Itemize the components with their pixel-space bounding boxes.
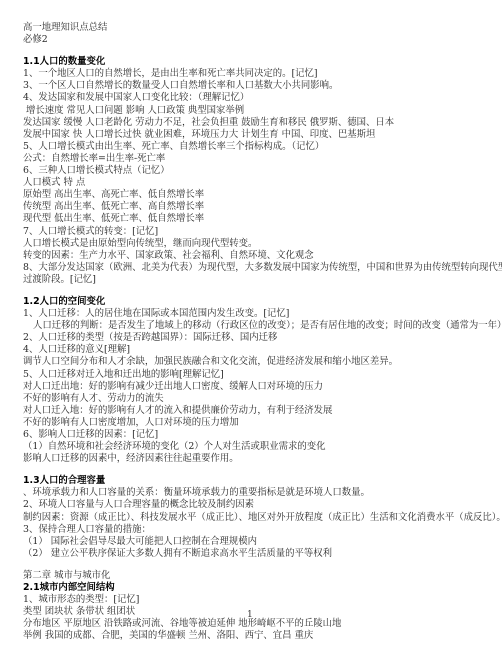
section-heading: 1.1人口的数量变化 [23, 56, 493, 68]
text-line: 、环境承载力和人口容量的关系：衡量环境承载力的重要指标是就是环境人口数量。 [23, 487, 493, 499]
text-line: 现代型 低出生率、低死亡率、低自然增长率 [23, 213, 493, 225]
text-line: 人口增长模式是由原始型向传统型，继而向现代型转变。 [23, 238, 493, 250]
page-number: 1 [247, 610, 253, 620]
text-line: 1、一个地区人口的自然增长，是由出生率和死亡率共同决定的。[记忆] [23, 68, 493, 80]
doc-title: 高一地理知识点总结 [23, 22, 493, 34]
text-line: 人口迁移的判断：是否发生了地域上的移动（行政区位的改变）；是否有居住地的改变；时… [23, 320, 493, 332]
text-line: 3、保持合理人口容量的措施： [23, 524, 493, 536]
doc-subtitle: 必修2 [23, 34, 493, 46]
text-line: 2、环境人口容量与人口合理容量的概念比较及制约因素 [23, 499, 493, 511]
section-heading: 2.1城市内部空间结构 [23, 582, 493, 594]
text-line: 原始型 高出生率、高死亡率、低自然增长率 [23, 189, 493, 201]
text-line: 5、人口增长模式由出生率、死亡率、自然增长率三个指标构成。（记忆） [23, 141, 493, 153]
text-line: 不好的影响有人口密度增加，人口对环境的压力增加 [23, 417, 493, 429]
text-line: 1、城市形态的类型：[记忆] [23, 594, 493, 606]
text-line: 制约因素：资源（成正比）、科技发展水平（成正比）、地区对外开放程度（成正比）生活… [23, 512, 493, 524]
text-line: 举例 我国的成都、合肥，美国的华盛顿 兰州、洛阳、西宁、宜昌 重庆 [23, 630, 493, 642]
text-line: 7、人口增长模式的转变：[记忆] [23, 226, 493, 238]
text-line: 影响人口迁移的因素中，经济因素往往起重要作用。 [23, 453, 493, 465]
text-line: 1、人口迁移：人的居住地在国际或本国范围内发生改变。[记忆] [23, 308, 493, 320]
text-line: 6、影响人口迁移的因素：[记忆] [23, 429, 493, 441]
text-line: 发展中国家 快 人口增长过快 就业困难，环境压力大 计划生育 中国、印度、巴基斯… [23, 129, 493, 141]
text-line: 4、人口迁移的意义[理解] [23, 344, 493, 356]
text-line: 对人口迁出地：好的影响有减少迁出地人口密度、缓解人口对环境的压力 [23, 381, 493, 393]
text-line: 不好的影响有人才、劳动力的流失 [23, 393, 493, 405]
text-line: （2） 建立公平秩序保证大多数人拥有不断追求高水平生活质量的平等权利 [23, 548, 493, 560]
text-line: 调节人口空间分布和人才余缺，加强民族融合和文化交流，促进经济发展和缩小地区差异。 [23, 356, 493, 368]
text-line: （1） 国际社会倡导尽最大可能把人口控制在合理规模内 [23, 536, 493, 548]
text-line: 传统型 高出生率、低死亡率、高自然增长率 [23, 201, 493, 213]
section-heading: 1.2人口的空间变化 [23, 296, 493, 308]
chapter-title: 第二章 城市与城市化 [23, 570, 493, 582]
text-line: 对人口迁入地：好的影响有人才的流入和提供廉价劳动力，有利于经济发展 [23, 405, 493, 417]
text-line: 2、人口迁移的类型（按是否跨越国界）：国际迁移、国内迁移 [23, 332, 493, 344]
table-header-line: 人口模式 特 点 [23, 177, 493, 189]
text-line: 8、大部分发达国家（欧洲、北美为代表）为现代型，大多数发展中国家为传统型，中国和… [23, 262, 493, 274]
text-line: （1）自然环境和社会经济环境的变化（2）个人对生活或职业需求的变化 [23, 441, 493, 453]
formula-line: 公式：自然增长率=出生率-死亡率 [23, 153, 493, 165]
text-line: 6、三种人口增长模式特点（记忆） [23, 165, 493, 177]
document-page: 高一地理知识点总结 必修2 1.1人口的数量变化 1、一个地区人口的自然增长，是… [23, 22, 493, 643]
text-line: 4、发达国家和发展中国家人口变化比较：（理解记忆） [23, 92, 493, 104]
text-line: 发达国家 缓慢 人口老龄化 劳动力不足，社会负担重 鼓励生育和移民 俄罗斯、德国… [23, 117, 493, 129]
text-line: 5、人口迁移对迁入地和迁出地的影响[理解记忆] [23, 369, 493, 381]
text-line: 分布地区 平原地区 沿铁路或河流、谷地等被迫延伸 地形崎岖不平的丘陵山地 [23, 618, 493, 630]
text-line: 类型 团块状 条带状 组团状 [23, 606, 493, 618]
text-line: 转变的因素：生产力水平、国家政策、社会福利、自然环境、文化观念 [23, 250, 493, 262]
table-header-line: 增长速度 常见人口问题 影响 人口政策 典型国家举例 [23, 105, 493, 117]
text-line: 3、一个区人口自然增长的数量受人口自然增长率和人口基数大小共同影响。 [23, 80, 493, 92]
section-heading: 1.3人口的合理容量 [23, 475, 493, 487]
text-line: 过渡阶段。[记忆] [23, 274, 493, 286]
